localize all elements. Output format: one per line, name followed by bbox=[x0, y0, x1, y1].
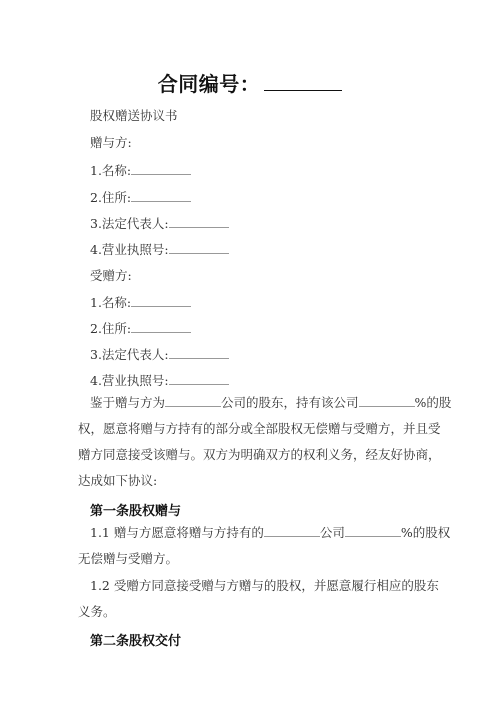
clause-row: 1.2 受赠方同意接受赠与方赠与的股权，并愿意履行相应的股东 bbox=[78, 573, 428, 599]
donee-name-field: 1.名称: bbox=[90, 294, 191, 311]
field-label: 1.名称: bbox=[90, 295, 131, 310]
field-label: 4.营业执照号: bbox=[90, 373, 169, 388]
clause-row: 1.1 赠与方愿意将赠与方持有的公司%的股权 bbox=[78, 520, 428, 546]
field-label: 3.法定代表人: bbox=[90, 347, 169, 362]
donor-address-field: 2.住所: bbox=[90, 189, 191, 206]
field-label: 2.住所: bbox=[90, 190, 131, 205]
document-page: 合同编号： 股权赠送协议书 赠与方: 1.名称: 2.住所: 3.法定代表人: … bbox=[0, 0, 500, 707]
contract-number-title: 合同编号： bbox=[0, 68, 500, 97]
preamble-paragraph: 鉴于赠与方为公司的股东，持有该公司%的股 权，愿意将赠与方持有的部分或全部股权无… bbox=[78, 390, 428, 494]
field-label: 2.住所: bbox=[90, 321, 131, 336]
blank-line bbox=[169, 372, 229, 385]
clause-row: 义务。 bbox=[66, 599, 428, 625]
preamble-row: 达成如下协议: bbox=[66, 468, 428, 494]
article-1-clause-2: 1.2 受赠方同意接受赠与方赠与的股权，并愿意履行相应的股东 义务。 bbox=[78, 573, 428, 625]
donor-license-field: 4.营业执照号: bbox=[90, 241, 229, 258]
text: 鉴于赠与方为 bbox=[90, 395, 165, 410]
field-label: 3.法定代表人: bbox=[90, 216, 169, 231]
text: 公司的股东，持有该公司 bbox=[221, 395, 359, 410]
text: %的股 bbox=[415, 395, 452, 410]
text: %的股权 bbox=[401, 525, 450, 540]
donee-label: 受赠方: bbox=[90, 268, 132, 284]
blank-line bbox=[131, 162, 191, 175]
blank-line bbox=[131, 189, 191, 202]
article-1-clause-1: 1.1 赠与方愿意将赠与方持有的公司%的股权 无偿赠与受赠方。 bbox=[78, 520, 428, 572]
donor-label: 赠与方: bbox=[90, 135, 132, 151]
blank-line bbox=[169, 215, 229, 228]
blank-line bbox=[169, 346, 229, 359]
blank-line bbox=[165, 394, 221, 407]
article-2-heading: 第二条股权交付 bbox=[90, 630, 181, 649]
clause-row: 无偿赠与受赠方。 bbox=[66, 546, 428, 572]
title-text: 合同编号： bbox=[158, 72, 261, 96]
donee-address-field: 2.住所: bbox=[90, 320, 191, 337]
donee-license-field: 4.营业执照号: bbox=[90, 372, 229, 389]
blank-line bbox=[131, 320, 191, 333]
field-label: 4.营业执照号: bbox=[90, 242, 169, 257]
preamble-row: 鉴于赠与方为公司的股东，持有该公司%的股 bbox=[78, 390, 428, 416]
article-1-heading: 第一条股权赠与 bbox=[90, 500, 181, 519]
blank-line bbox=[345, 524, 401, 537]
donor-name-field: 1.名称: bbox=[90, 162, 191, 179]
preamble-row: 赠方同意接受该赠与。双方为明确双方的权利义务，经友好协商， bbox=[66, 442, 428, 468]
text: 公司 bbox=[320, 525, 345, 540]
preamble-row: 权，愿意将赠与方持有的部分或全部股权无偿赠与受赠方，并且受 bbox=[66, 416, 428, 442]
text: 1.1 赠与方愿意将赠与方持有的 bbox=[90, 525, 264, 540]
contract-number-blank bbox=[264, 72, 342, 91]
blank-line bbox=[131, 294, 191, 307]
blank-line bbox=[359, 394, 415, 407]
donee-legal-rep-field: 3.法定代表人: bbox=[90, 346, 229, 363]
blank-line bbox=[264, 524, 320, 537]
agreement-subtitle: 股权赠送协议书 bbox=[90, 108, 178, 124]
blank-line bbox=[169, 241, 229, 254]
field-label: 1.名称: bbox=[90, 163, 131, 178]
donor-legal-rep-field: 3.法定代表人: bbox=[90, 215, 229, 232]
